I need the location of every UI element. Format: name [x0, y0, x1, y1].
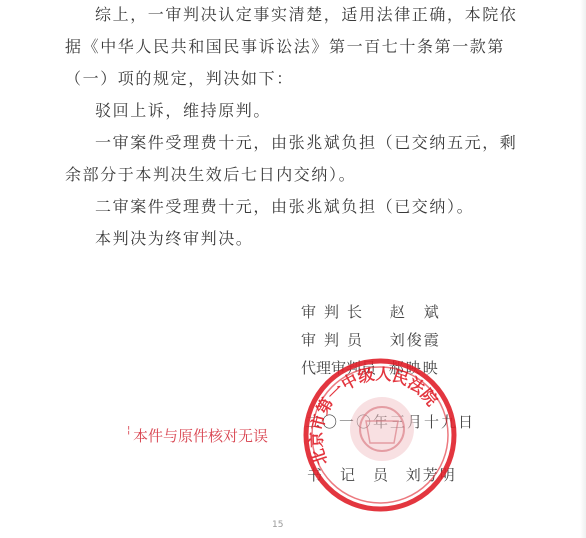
signature-name: 刘俊霞: [390, 331, 441, 349]
paragraph-second-instance-fee: 二审案件受理费十元，由张兆斌负担（已交纳）。: [95, 198, 474, 216]
paragraph-conclusion-line-2: 据《中华人民共和国民事诉讼法》第一百七十条第一款第: [65, 38, 505, 56]
paragraph-ruling: 驳回上诉，维持原判。: [95, 102, 271, 120]
signature-presiding-judge: 审判长 赵 斌: [301, 303, 441, 321]
paragraph-conclusion-line-3: （一）项的规定，判决如下：: [65, 70, 294, 88]
paragraph-final-judgment: 本判决为终审判决。: [95, 230, 253, 248]
signature-role: 审判员: [301, 331, 373, 349]
paragraph-first-instance-fee-line-1: 一审案件受理费十元，由张兆斌负担（已交纳五元，剩: [95, 134, 517, 152]
paragraph-first-instance-fee-line-2: 余部分于本判决生效后七日内交纳）。: [65, 166, 356, 184]
paragraph-conclusion-line-1: 综上，一审判决认定事实清楚，适用法律正确，本院依: [95, 6, 517, 24]
court-seal-stamp: 北京市第一中级人民法院: [300, 355, 460, 515]
copy-verified-text: 本件与原件核对无误: [133, 427, 268, 445]
page-number: 15: [272, 520, 283, 530]
signature-name: 赵 斌: [390, 303, 441, 321]
copy-verified-stamp: ¦ 本件与原件核对无误: [133, 425, 268, 446]
signature-role: 审判长: [301, 303, 373, 321]
page-edge-shadow: [580, 0, 586, 538]
signature-judge: 审判员 刘俊霞: [301, 331, 441, 349]
stamp-mark-icon: ¦: [127, 425, 130, 436]
